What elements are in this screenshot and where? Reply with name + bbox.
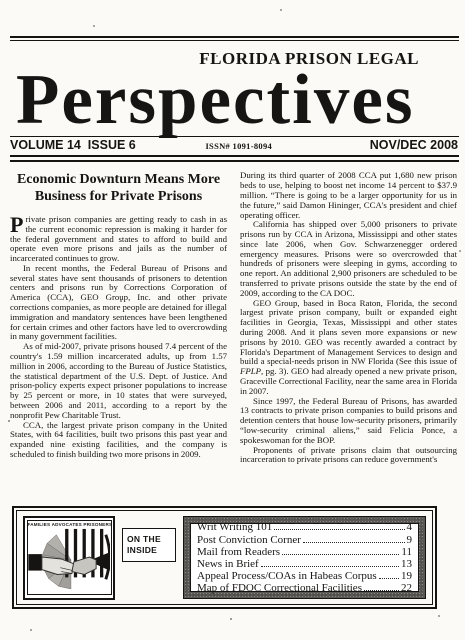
paragraph: Proponents of private prisons claim that…: [240, 446, 457, 466]
paragraph: California has shipped over 5,000 prison…: [240, 220, 457, 298]
paragraph-text: , pg. 3). GEO had already opened a new p…: [240, 366, 457, 396]
paragraph: In recent months, the Federal Bureau of …: [10, 264, 227, 342]
toc-frame: Writ Writing 1014 Post Conviction Corner…: [183, 516, 426, 599]
scan-speck: [280, 9, 282, 11]
on-the-inside-box: FAMILIES ADVOCATES PRISONERS: [12, 506, 437, 609]
toc-item: Appeal Process/COAs in Habeas Corpus19: [197, 570, 412, 582]
publication-abbrev: FPLP: [240, 366, 261, 376]
scan-speck: [459, 250, 461, 252]
right-column: During its third quarter of 2008 CCA put…: [240, 171, 457, 479]
handshake-through-bars-icon: [28, 527, 110, 589]
dot-leader: [261, 566, 399, 567]
toc-item-page: 11: [401, 546, 412, 558]
scan-speck: [216, 55, 218, 57]
toc-item-label: Appeal Process/COAs in Habeas Corpus: [197, 570, 377, 582]
issue-date-label: NOV/DEC 2008: [370, 138, 458, 152]
toc-item: News in Brief13: [197, 558, 412, 570]
article-headline: Economic Downturn Means More Business fo…: [14, 172, 223, 206]
top-double-rule: [10, 36, 459, 41]
dot-leader: [364, 590, 399, 591]
scan-speck: [8, 420, 10, 422]
toc-item-label: Writ Writing 101: [197, 521, 272, 533]
left-column: Economic Downturn Means More Business fo…: [10, 171, 227, 479]
paragraph: Private prison companies are getting rea…: [10, 215, 227, 264]
toc-item: Writ Writing 1014: [197, 521, 412, 533]
toc-item-label: Mail from Readers: [197, 546, 280, 558]
toc-item: Map of FDOC Correctional Facilities22: [197, 582, 412, 594]
scan-speck: [120, 300, 122, 302]
dot-leader: [303, 542, 405, 543]
toc-item-label: Post Conviction Corner: [197, 534, 301, 546]
paragraph: As of mid-2007, private prisons housed 7…: [10, 342, 227, 420]
toc-item-page: 9: [407, 534, 413, 546]
masthead-title: Perspectives: [0, 68, 465, 133]
newsletter-page: FLORIDA PRISON LEGAL Perspectives VOLUME…: [0, 0, 465, 640]
issue-info-bar: VOLUME 14 ISSUE 6 ISSN# 1091-8094 NOV/DE…: [0, 137, 465, 154]
toc-item-page: 13: [401, 558, 412, 570]
toc-item: Mail from Readers11: [197, 546, 412, 558]
toc-item-page: 19: [401, 570, 412, 582]
scan-speck: [438, 615, 440, 617]
fplp-logo-frame: FAMILIES ADVOCATES PRISONERS: [27, 520, 112, 595]
toc-list: Writ Writing 1014 Post Conviction Corner…: [190, 523, 419, 592]
drop-cap: P: [10, 215, 25, 234]
toc-item: Post Conviction Corner9: [197, 534, 412, 546]
issn-label: ISSN# 1091-8094: [205, 141, 272, 151]
volume-issue-label: VOLUME 14 ISSUE 6: [10, 138, 136, 152]
toc-item-page: 22: [401, 582, 412, 594]
paragraph-text: rivate prison companies are getting read…: [10, 214, 227, 263]
on-the-inside-inner: FAMILIES ADVOCATES PRISONERS: [16, 510, 433, 605]
paragraph-text: GEO Group, based in Boca Raton, Florida,…: [240, 298, 457, 367]
header-bottom-double-rule: [10, 155, 459, 162]
paragraph: CCA, the largest private prison company …: [10, 421, 227, 460]
article-body: Economic Downturn Means More Business fo…: [0, 162, 465, 479]
toc-item-label: Map of FDOC Correctional Facilities: [197, 582, 362, 594]
paragraph: GEO Group, based in Boca Raton, Florida,…: [240, 299, 457, 397]
fplp-logo-box: FAMILIES ADVOCATES PRISONERS: [23, 516, 115, 600]
toc-item-label: News in Brief: [197, 558, 259, 570]
paragraph: During its third quarter of 2008 CCA put…: [240, 171, 457, 220]
on-the-inside-label: ON THE INSIDE: [122, 528, 176, 562]
toc-item-page: 4: [407, 521, 413, 533]
scan-speck: [93, 25, 95, 27]
dot-leader: [282, 554, 399, 555]
dot-leader: [274, 529, 404, 530]
dot-leader: [379, 578, 399, 579]
paragraph: Since 1997, the Federal Bureau of Prison…: [240, 397, 457, 446]
scan-speck: [230, 618, 232, 620]
scan-speck: [30, 629, 32, 631]
